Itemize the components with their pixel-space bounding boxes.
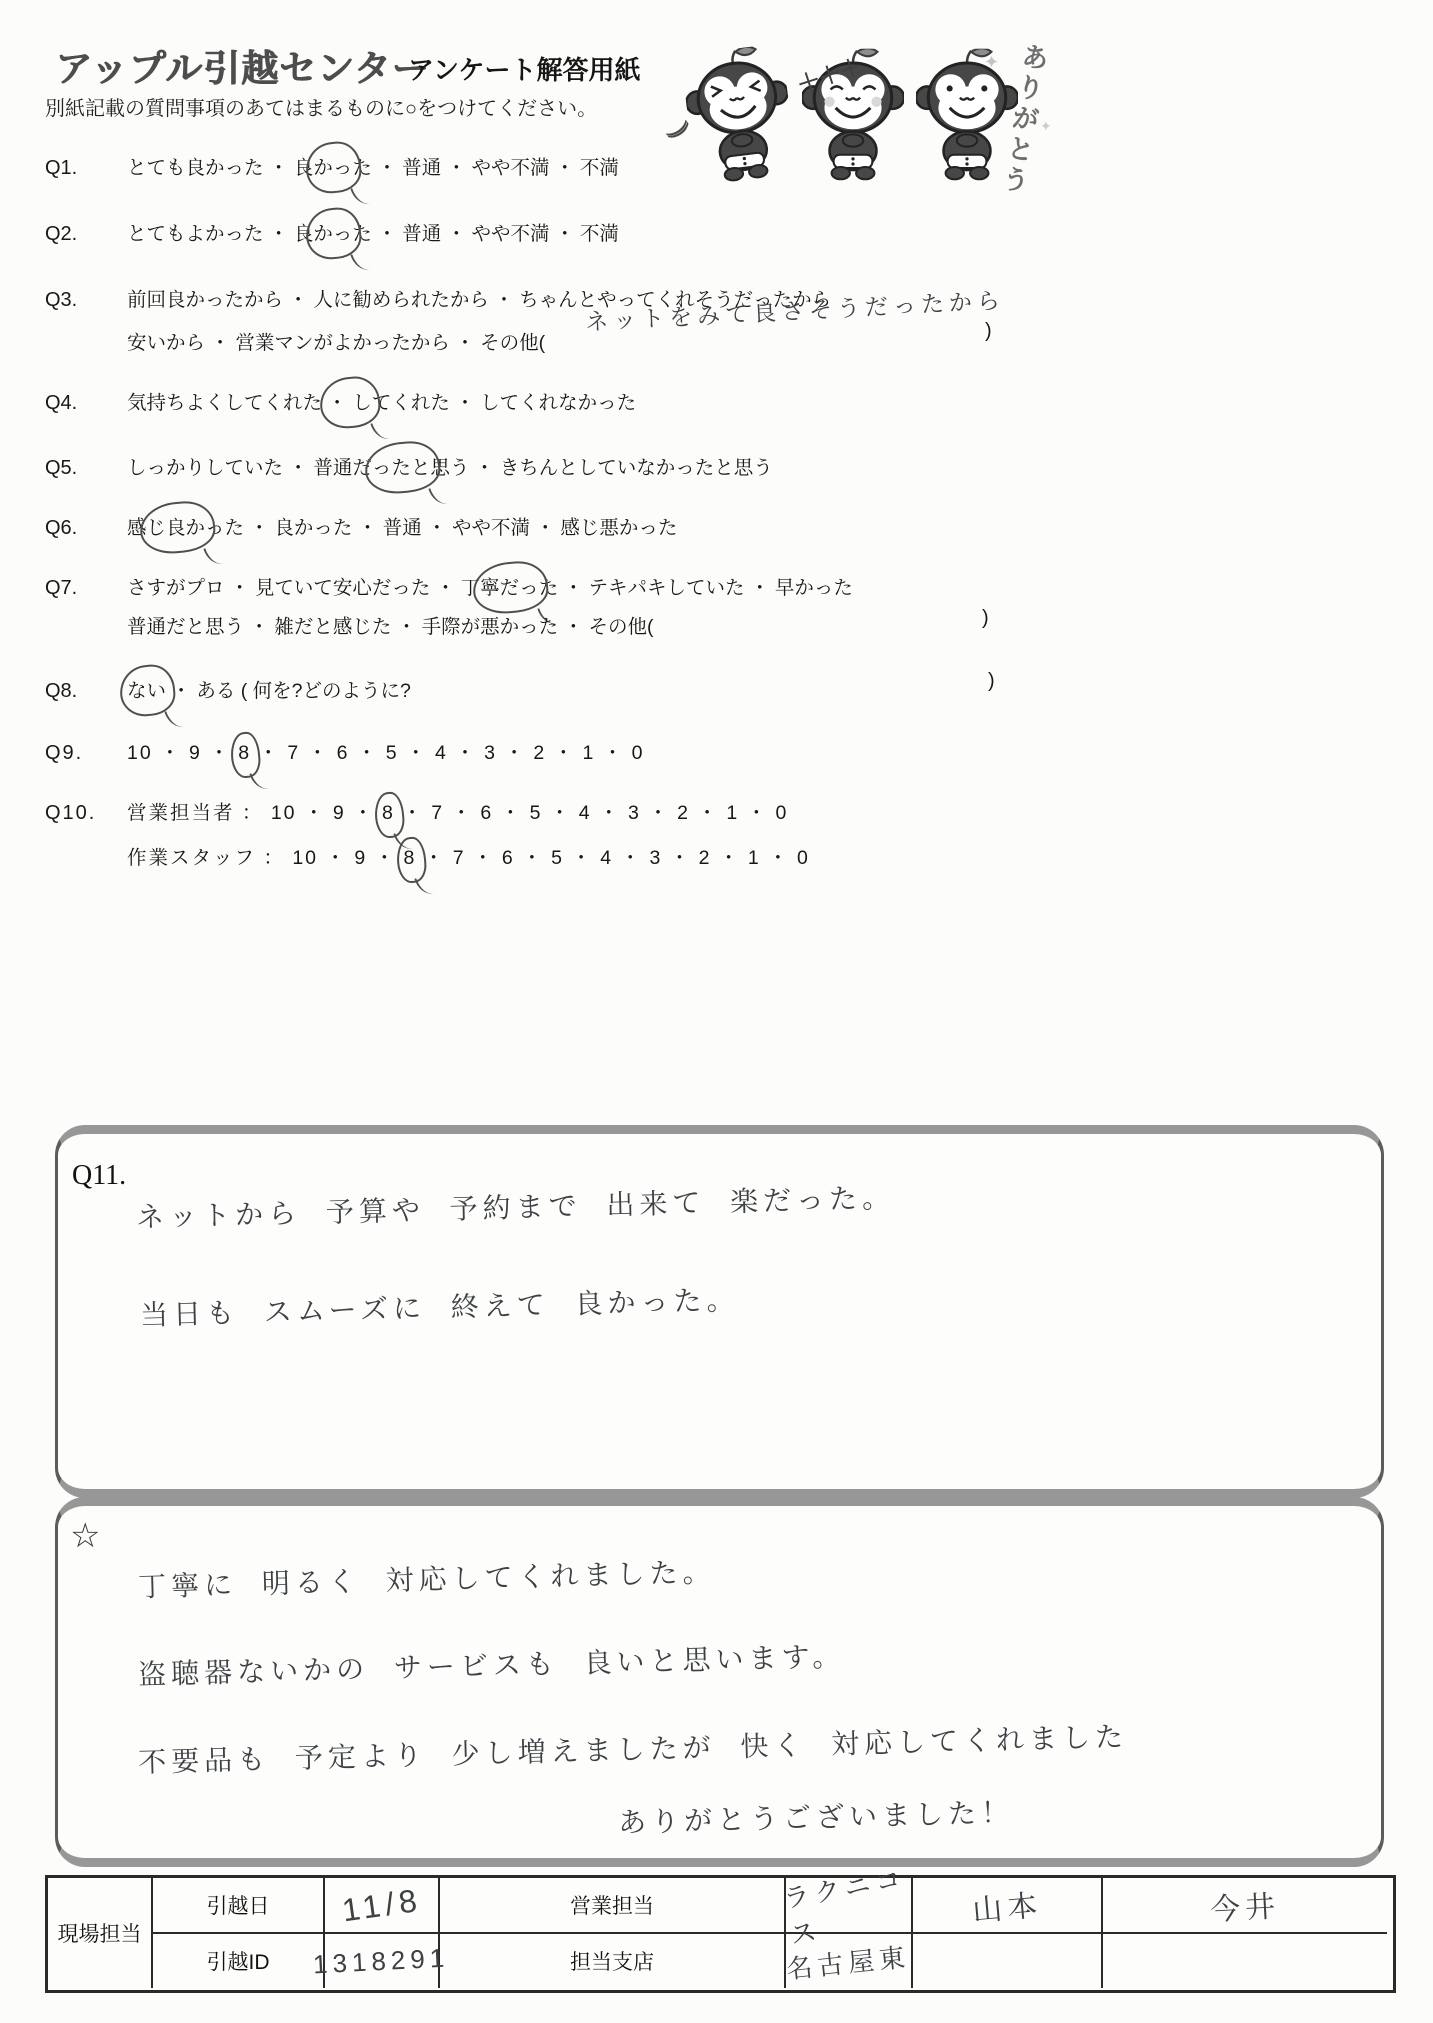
site-value-empty-cell (1103, 1934, 1387, 1988)
handwritten-thanks-line: ありがとうございました！ (618, 1791, 1015, 1841)
question-q6: Q6.感じ良かった ・ 良かった ・ 普通 ・ やや不満 ・ 感じ悪かった (45, 512, 677, 540)
question-q1: Q1.とても良かった ・ 良かった ・ 普通 ・ やや不満 ・ 不満 (45, 152, 619, 180)
circled-score: 8 (382, 802, 395, 825)
options-pre: とても良かった ・ 良 (127, 157, 313, 179)
sales-label-cell: 営業担当 (440, 1878, 786, 1934)
scale-post: ・ 7 ・ 6 ・ 5 ・ 4 ・ 3 ・ 2 ・ 1 ・ 0 (416, 847, 809, 869)
scale-post: ・ 7 ・ 6 ・ 5 ・ 4 ・ 3 ・ 2 ・ 1 ・ 0 (251, 742, 644, 764)
question-id: Q5. (45, 457, 127, 480)
question-q7: Q7.さすがプロ ・ 見ていて安心だった ・ 丁寧だった ・ テキパキしていた … (45, 572, 853, 600)
circled-answer: ・ し (327, 387, 371, 415)
handwritten-comment-line: ネットから 予算や 予約まで 出来て 楽だった。 (136, 1176, 896, 1236)
circled-answer: ったと (372, 452, 431, 480)
move-id-label-cell: 引越ID (153, 1934, 325, 1988)
circled-answer: 寧だっ (480, 572, 539, 600)
circled-answer: じ良か (147, 512, 206, 540)
options-pre: 気持ちよくしてくれた (127, 392, 327, 414)
options-pre: さすがプロ ・ 見ていて安心だった ・ 丁 (127, 577, 480, 599)
close-paren: ) (985, 320, 992, 343)
handwritten-comment-line: 当日も スムーズに 終えて 良かった。 (140, 1278, 740, 1334)
question-q8: Q8.ない ・ ある ( 何を?どのように? (45, 675, 411, 703)
handwritten-comment-line: 不要品も 予定より 少し増えましたが 快く 対応してくれました (138, 1715, 1129, 1781)
options-line2: 普通だと思う ・ 雑だと感じた ・ 手際が悪かった ・ その他( (127, 616, 654, 638)
star-icon: ☆ (70, 1516, 100, 1556)
options-post: た ・ 普通 ・ やや不満 ・ 不満 (352, 157, 619, 179)
question-q10-staff: 作業スタッフ ： 10 ・ 9 ・ 8 ・ 7 ・ 6 ・ 5 ・ 4 ・ 3 … (127, 842, 810, 870)
move-id-value: 1318291 (313, 1942, 451, 1980)
question-q7-line2: 普通だと思う ・ 雑だと感じた ・ 手際が悪かった ・ その他( (127, 611, 654, 639)
question-q9: Q9.10 ・ 9 ・ 8 ・ 7 ・ 6 ・ 5 ・ 4 ・ 3 ・ 2 ・ … (45, 737, 645, 765)
question-q2: Q2.とてもよかった ・ 良かった ・ 普通 ・ やや不満 ・ 不満 (45, 218, 619, 246)
question-q10-sales: Q10.営業担当者 ： 10 ・ 9 ・ 8 ・ 7 ・ 6 ・ 5 ・ 4 ・… (45, 797, 788, 825)
circled-score: 8 (404, 847, 417, 870)
scale-pre: 作業スタッフ ： 10 ・ 9 ・ (127, 847, 404, 869)
circled-answer: かっ (313, 152, 352, 180)
scale-pre: 営業担当者 ： 10 ・ 9 ・ (127, 802, 382, 824)
question-id: Q4. (45, 392, 127, 415)
options-post: ・ ある ( 何を?どのように? (166, 680, 411, 702)
close-paren: ) (988, 670, 995, 693)
handwritten-comment-line: 盗聴器ないかの サービスも 良いと思います。 (138, 1635, 846, 1694)
star-comment-box: ☆ 丁寧に 明るく 対応してくれました。 盗聴器ないかの サービスも 良いと思い… (55, 1497, 1384, 1867)
circled-score: 8 (238, 742, 251, 765)
move-date-label-cell: 引越日 (153, 1878, 325, 1934)
question-id: Q8. (45, 680, 127, 703)
site-label-cell: 現場担当 (48, 1878, 153, 1988)
form-title: アンケート解答用紙 (408, 50, 640, 87)
question-id: Q1. (45, 157, 127, 180)
question-id: Q3. (45, 289, 127, 312)
options-post: てくれた ・ してくれなかった (372, 392, 636, 414)
instruction-text: 別紙記載の質問事項のあてはまるものに○をつけてください。 (45, 92, 597, 121)
options-post: った ・ 良かった ・ 普通 ・ やや不満 ・ 感じ悪かった (205, 517, 677, 539)
circled-answer: ない (127, 675, 166, 703)
options-pre: とてもよかった ・ 良 (127, 223, 313, 245)
twinkle-icon: ✦ (984, 52, 999, 73)
options-pre: しっかりしていた ・ 普通だ (127, 457, 372, 479)
footer-info-table: 引越日 11/8 営業担当 ラクニコス 現場担当 山本 今井 引越ID 1318… (45, 1875, 1396, 1993)
question-q3-line2: 安いから ・ 営業マンがよかったから ・ その他( (127, 327, 545, 355)
handwritten-comment-line: 丁寧に 明るく 対応してくれました。 (138, 1550, 716, 1605)
site-value-2: 今井 (1209, 1881, 1281, 1929)
site-value-empty-cell (913, 1934, 1103, 1988)
q11-comment-box: Q11. ネットから 予算や 予約まで 出来て 楽だった。 当日も スムーズに … (55, 1125, 1384, 1498)
options-line2: 安いから ・ 営業マンがよかったから ・ その他( (127, 332, 545, 354)
move-date-value: 11/8 (339, 1881, 423, 1929)
question-id: Q7. (45, 577, 127, 600)
question-q5: Q5.しっかりしていた ・ 普通だったと思う ・ きちんとしていなかったと思う (45, 452, 773, 480)
scale-pre: 10 ・ 9 ・ (127, 742, 238, 764)
options-post: 思う ・ きちんとしていなかったと思う (430, 457, 772, 479)
question-id: Q6. (45, 517, 127, 540)
brand-title: アップル引越センター (55, 38, 429, 92)
options-post: た ・ 普通 ・ やや不満 ・ 不満 (352, 223, 619, 245)
scale-post: ・ 7 ・ 6 ・ 5 ・ 4 ・ 3 ・ 2 ・ 1 ・ 0 (395, 802, 788, 824)
question-id: Q2. (45, 223, 127, 246)
circled-answer: かっ (313, 218, 352, 246)
options-post: た ・ テキパキしていた ・ 早かった (539, 577, 853, 599)
question-q4: Q4.気持ちよくしてくれた ・ してくれた ・ してくれなかった (45, 387, 636, 415)
close-paren: ) (982, 607, 989, 630)
branch-label-cell: 担当支店 (440, 1934, 786, 1988)
monkey-mascot-icon (679, 34, 799, 195)
question-id: Q10. (45, 802, 127, 825)
site-value-1: 山本 (970, 1880, 1044, 1930)
question-id: Q9. (45, 742, 127, 765)
survey-sheet: アップル引越センター アンケート解答用紙 別紙記載の質問事項のあてはまるものに○… (0, 0, 1433, 2023)
q11-label: Q11. (72, 1160, 126, 1192)
